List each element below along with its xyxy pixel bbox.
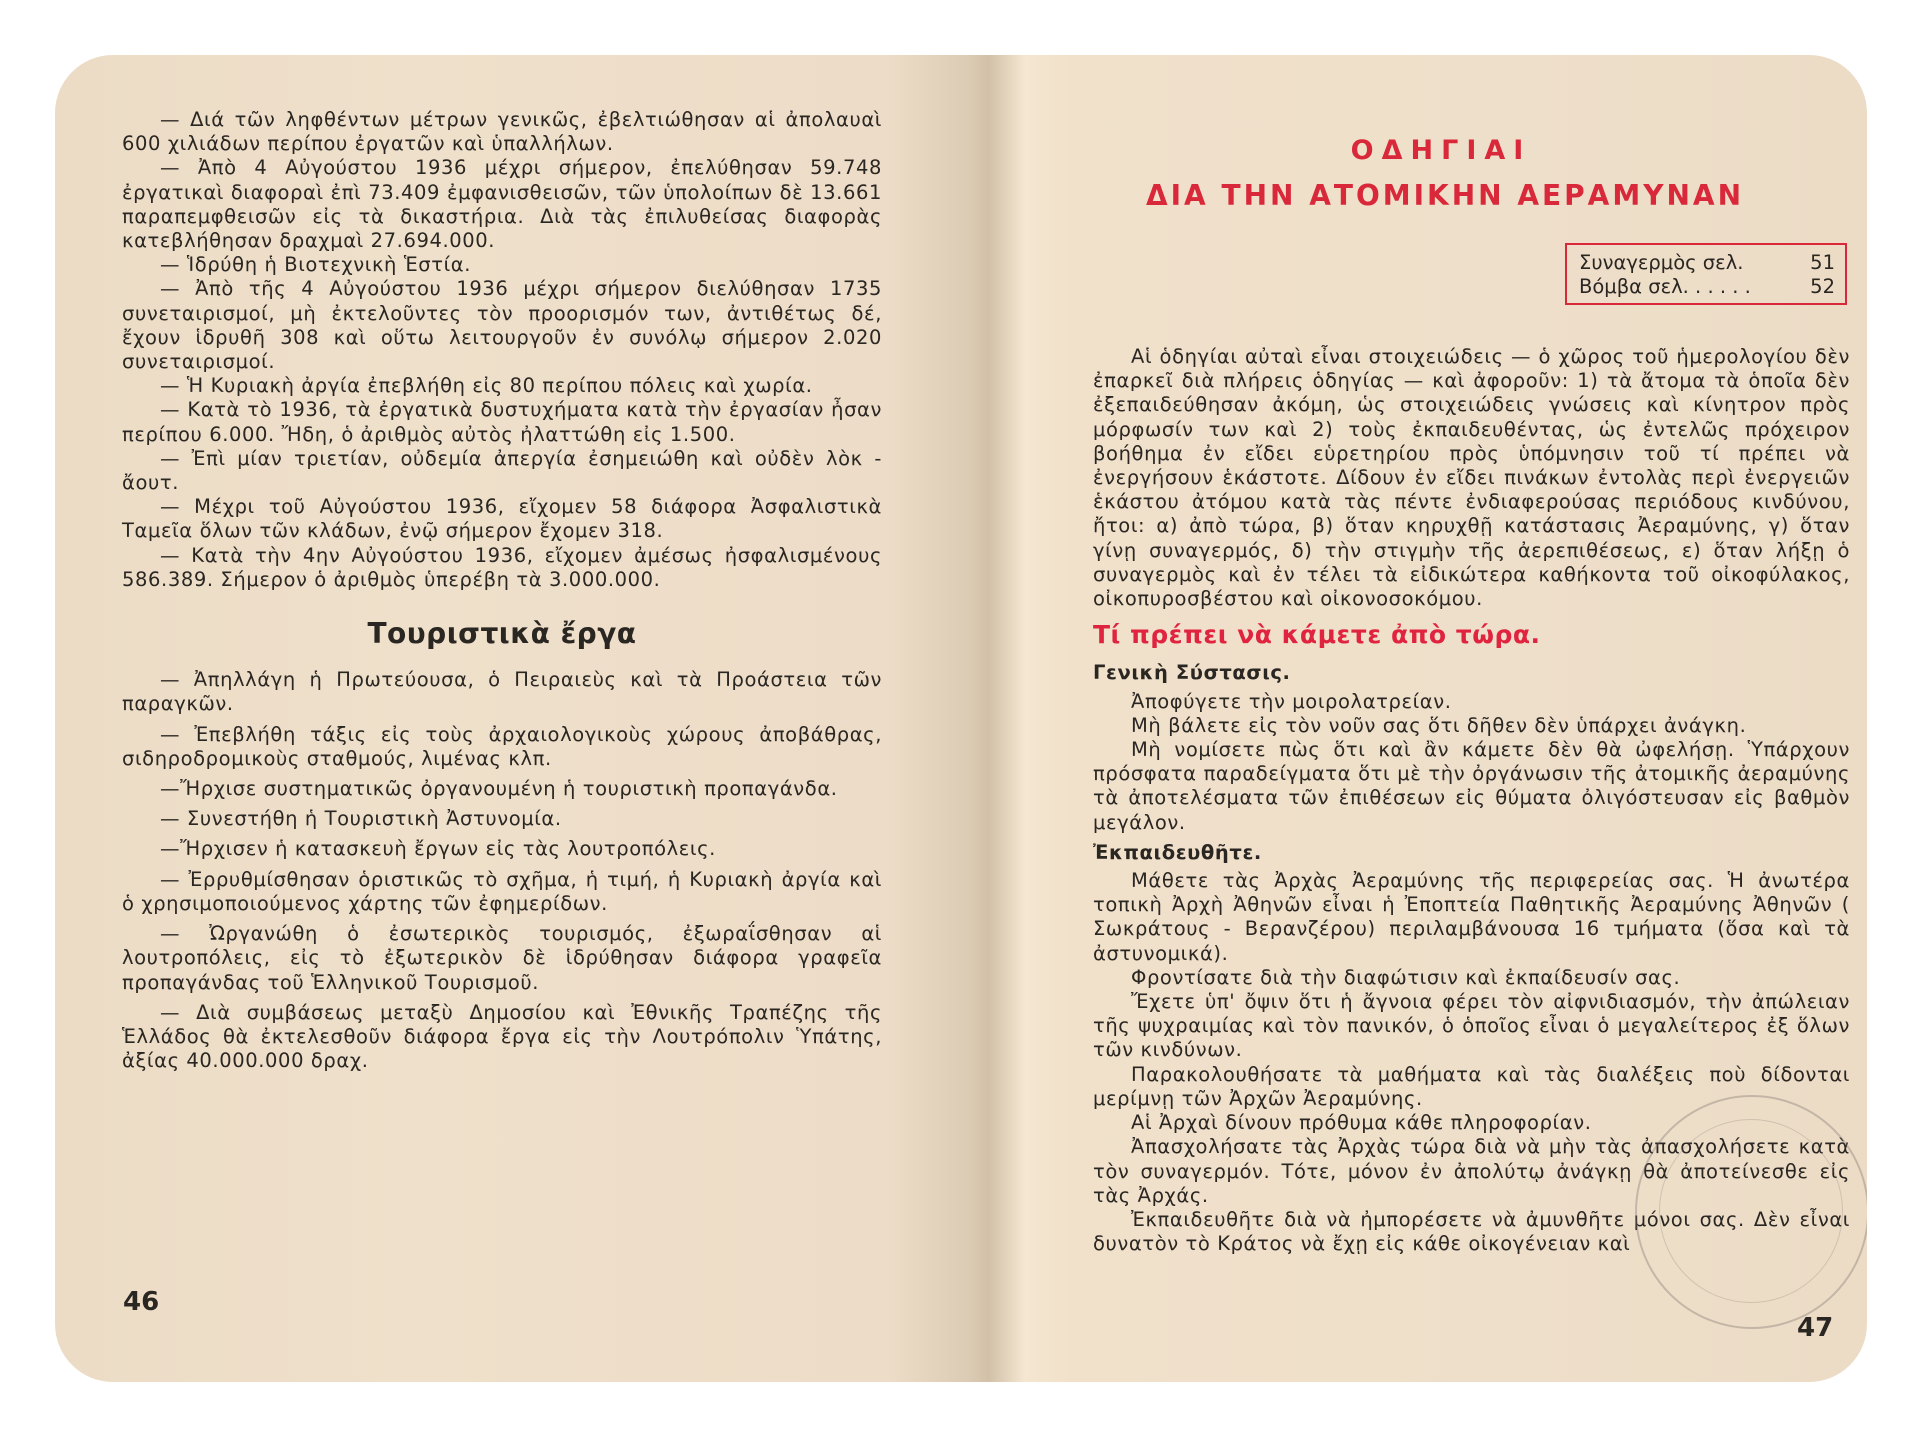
paragraph: Ἀποφύγετε τὴν μοιρολατρείαν.	[1093, 690, 1850, 714]
toc-label: Βόμβα σελ. . . . . .	[1579, 275, 1751, 299]
page-number: 46	[123, 1287, 159, 1317]
open-book: — Διά τῶν ληφθέντων μέτρων γενικῶς, ἐβελ…	[55, 55, 1867, 1382]
paragraph: — Διά τῶν ληφθέντων μέτρων γενικῶς, ἐβελ…	[122, 108, 882, 156]
paragraph: — Διὰ συμβάσεως μεταξὺ Δημοσίου καὶ Ἐθνι…	[122, 1001, 882, 1074]
toc-row: Συναγερμὸς σελ. 51	[1579, 251, 1835, 275]
page-subtitle: ΔΙΑ ΤΗΝ ΑΤΟΜΙΚΗΝ ΑΕΡΑΜΥΝΑΝ	[1085, 179, 1805, 212]
toc-label: Συναγερμὸς σελ.	[1579, 251, 1743, 275]
paragraph: — Ἐπεβλήθη τάξις εἰς τοὺς ἀρχαιολογικοὺς…	[122, 723, 882, 771]
paragraph: Μὴ νομίσετε πὼς ὅτι καὶ ἂν κάμετε δὲν θὰ…	[1093, 738, 1850, 835]
paragraph: Μάθετε τὰς Ἀρχὰς Ἀεραμύνης τῆς περιφερεί…	[1093, 869, 1850, 966]
page-number: 47	[1797, 1313, 1833, 1343]
left-page-text: — Διά τῶν ληφθέντων μέτρων γενικῶς, ἐβελ…	[122, 108, 882, 1073]
paragraph: — Συνεστήθη ἡ Τουριστικὴ Ἀστυνομία.	[122, 807, 882, 831]
paragraph: — Ἀπηλλάγη ἡ Πρωτεύουσα, ὁ Πειραιεὺς καὶ…	[122, 668, 882, 716]
paragraph: Μὴ βάλετε εἰς τὸν νοῦν σας ὅτι δῆθεν δὲν…	[1093, 714, 1850, 738]
paragraph: Ἔχετε ὑπ' ὄψιν ὅτι ἡ ἄγνοια φέρει τὸν αἰ…	[1093, 990, 1850, 1063]
paragraph: — Κατὰ τὸ 1936, τὰ ἐργατικὰ δυστυχήματα …	[122, 398, 882, 446]
section-title: Τουριστικὰ ἔργα	[122, 622, 882, 646]
paragraph: — Ἐπὶ μίαν τριετίαν, οὐδεμία ἀπεργία ἐση…	[122, 447, 882, 495]
paragraph: — Μέχρι τοῦ Αὐγούστου 1936, εἴχομεν 58 δ…	[122, 495, 882, 543]
paragraph: — Κατὰ τὴν 4ην Αὐγούστου 1936, εἴχομεν ἀ…	[122, 544, 882, 592]
intro-paragraph: Αἱ ὁδηγίαι αὐταὶ εἶναι στοιχειώδεις — ὁ …	[1093, 345, 1850, 611]
toc-page: 51	[1810, 251, 1835, 275]
left-page: — Διά τῶν ληφθέντων μέτρων γενικῶς, ἐβελ…	[55, 55, 995, 1382]
subsection-title: Ἐκπαιδευθῆτε.	[1093, 841, 1850, 865]
paragraph: — Ὠργανώθη ὁ ἐσωτερικὸς τουρισμός, ἐξωρα…	[122, 922, 882, 995]
paragraph: —Ἤρχισε συστηματικῶς ὀργανουμένη ἡ τουρι…	[122, 777, 882, 801]
toc-row: Βόμβα σελ. . . . . . 52	[1579, 275, 1835, 299]
library-stamp	[1635, 1095, 1867, 1329]
paragraph: — Ἡ Κυριακὴ ἀργία ἐπεβλήθη εἰς 80 περίπο…	[122, 374, 882, 398]
paragraph: Φροντίσατε διὰ τὴν διαφώτισιν καὶ ἐκπαίδ…	[1093, 966, 1850, 990]
paragraph: —Ἤρχισεν ἡ κατασκευὴ ἔργων εἰς τὰς λουτρ…	[122, 837, 882, 861]
subsection-title: Γενικὴ Σύστασις.	[1093, 661, 1850, 685]
paragraph: — Ἀπὸ τῆς 4 Αὐγούστου 1936 μέχρι σήμερον…	[122, 277, 882, 374]
paragraph: — Ἀπὸ 4 Αὐγούστου 1936 μέχρι σήμερον, ἐπ…	[122, 156, 882, 253]
table-of-contents-box: Συναγερμὸς σελ. 51 Βόμβα σελ. . . . . . …	[1565, 243, 1847, 305]
paragraph: — Ἱδρύθη ἡ Βιοτεχνικὴ Ἑστία.	[122, 253, 882, 277]
paragraph: — Ἐρρυθμίσθησαν ὁριστικῶς τὸ σχῆμα, ἡ τι…	[122, 868, 882, 916]
right-page: ΟΔΗΓΙΑΙ ΔΙΑ ΤΗΝ ΑΤΟΜΙΚΗΝ ΑΕΡΑΜΥΝΑΝ Συναγ…	[1015, 55, 1867, 1382]
page-title: ΟΔΗΓΙΑΙ	[1015, 135, 1867, 166]
red-heading: Τί πρέπει νὰ κάμετε ἀπὸ τώρα.	[1093, 623, 1850, 647]
toc-page: 52	[1810, 275, 1835, 299]
